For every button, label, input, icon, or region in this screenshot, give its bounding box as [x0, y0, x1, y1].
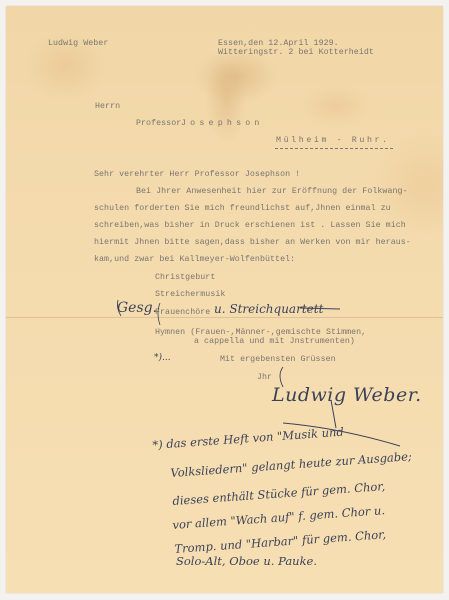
footnote-line: Solo-Alt, Oboe u. Pauke.	[176, 554, 317, 568]
